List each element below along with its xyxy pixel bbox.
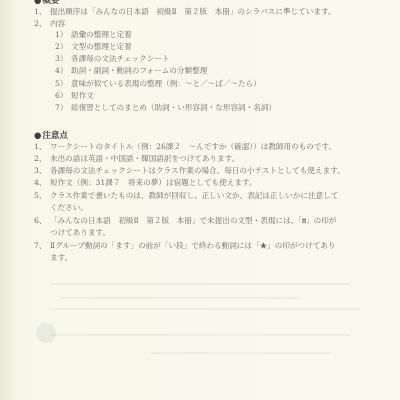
bullet-icon: ● — [34, 0, 41, 6]
sub-list-item: 1）語彙の整理と定着 — [55, 30, 132, 40]
show-through-line — [150, 352, 330, 354]
show-through-line — [50, 308, 360, 310]
note-item-continuation: ください。 — [50, 203, 88, 213]
list-item: 1、提出順序は「みんなの日本語 初級Ⅱ 第２版 本冊」のシラバスに準じています。 — [34, 7, 336, 17]
note-item: 7、Ⅱグループ動詞の「ます」の前が「い段」で終わる動詞には「★」の印がつけてあり — [34, 241, 336, 251]
paper-stain — [36, 323, 56, 343]
sub-list-item: 6）短作文 — [55, 91, 94, 101]
note-item: 2、未出の語は英語・中国語・韓国語訳をつけてあります。 — [34, 154, 239, 164]
sub-list-item: 4）助詞・副詞・動詞のフォームの分類整理 — [55, 66, 207, 76]
note-item: 1、ワークシートのタイトル（例：26課２ ～んですか（確認））は教師用のものです… — [34, 142, 336, 152]
section-heading-notes: ●注意点 — [34, 129, 68, 141]
note-item: 3、各課毎の文法チェックシートはクラス作業の場合、毎日の小テストとしても使えます… — [34, 166, 345, 176]
note-item-continuation: つけてあります。 — [50, 228, 110, 238]
show-through-line — [60, 297, 300, 299]
sub-list-item: 3）各課毎の文法チェックシート — [55, 54, 170, 64]
document-page: ●概要 1、提出順序は「みんなの日本語 初級Ⅱ 第２版 本冊」のシラバスに準じて… — [0, 0, 400, 400]
note-item: 5、クラス作業で書いたものは、教師が回収し、正しい文か、表記は正しいかに注意して — [34, 191, 338, 201]
sub-list-item: 5）意味が似ている表現の整理（例：～と／～ば／～たら） — [55, 79, 261, 89]
bullet-icon: ● — [34, 131, 41, 141]
note-item: 6、「みんなの日本語 初級Ⅱ 第２版 本冊」で未提出の文型・表現には、「‼」の印… — [34, 216, 336, 226]
sub-list-item: 2）文型の整理と定着 — [55, 42, 132, 52]
note-item-continuation: ます。 — [50, 253, 72, 263]
note-item: 4、短作文（例：31課７ 将来の夢）は宿題としても使えます。 — [34, 178, 257, 188]
list-item: 2、内容 — [34, 19, 65, 29]
show-through-line — [50, 334, 350, 336]
sub-list-item: 7）総復習としてのまとめ（助詞・い形容詞・な形容詞・名詞） — [55, 103, 276, 113]
show-through-line — [50, 283, 350, 285]
section-heading-overview: ●概要 — [34, 0, 59, 6]
